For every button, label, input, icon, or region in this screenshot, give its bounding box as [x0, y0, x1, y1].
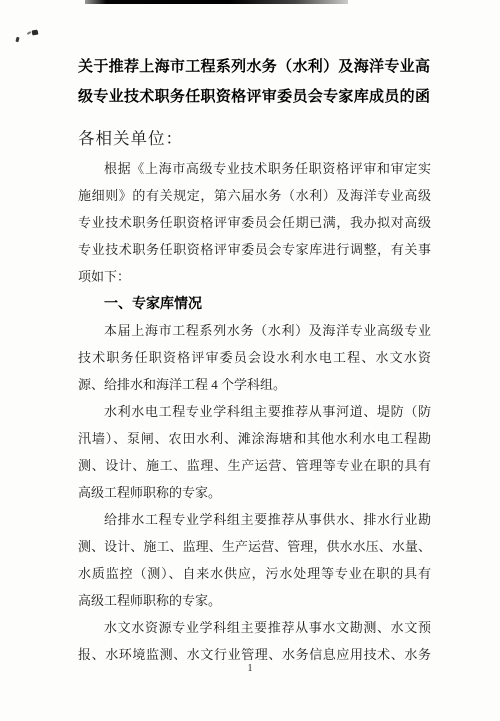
scan-artifact-speck	[32, 30, 39, 36]
body-line: 源、给排水和海洋工程 4 个学科组。	[78, 371, 431, 398]
body-line: 本届上海市工程系列水务（水利）及海洋专业高级专业	[78, 317, 431, 344]
body-line: 高级工程师职称的专家。	[78, 479, 431, 506]
scan-artifact-streak	[85, 0, 348, 4]
body-line: 专业技术职务任职资格评审委员会任期已满，我办拟对高级	[78, 209, 431, 236]
body-line: 施细则》的有关规定，第六届水务（水利）及海洋专业高级	[78, 182, 431, 209]
body-line: 专业技术职务任职资格评审委员会专家库进行调整，有关事	[78, 236, 431, 263]
scan-artifact-speck	[15, 37, 19, 43]
document-title-line: 级专业技术职务任职资格评审委员会专家库成员的函	[78, 82, 430, 112]
body-line: 项如下：	[78, 263, 431, 290]
body-line: 测、设计、施工、监理、生产运营、管理，供水水压、水量、	[78, 533, 431, 560]
salutation: 各相关单位：	[78, 128, 183, 150]
page-number: 1	[0, 662, 500, 676]
document-body: 根据《上海市高级专业技术职务任职资格评审和审定实 施细则》的有关规定，第六届水务…	[78, 155, 431, 668]
body-line: 水利水电工程专业学科组主要推荐从事河道、堤防（防	[78, 398, 431, 425]
body-line: 水质监控（测）、自来水供应，污水处理等专业在职的具有	[78, 560, 431, 587]
document-page: 关于推荐上海市工程系列水务（水利）及海洋专业高 级专业技术职务任职资格评审委员会…	[0, 0, 500, 721]
body-line: 测、设计、施工、监理、生产运营、管理等专业在职的具有	[78, 452, 431, 479]
document-title-line: 关于推荐上海市工程系列水务（水利）及海洋专业高	[78, 52, 430, 82]
body-line: 技术职务任职资格评审委员会设水利水电工程、水文水资	[78, 344, 431, 371]
section-heading: 一、专家库情况	[78, 290, 431, 317]
body-line: 水文水资源专业学科组主要推荐从事水文勘测、水文预	[78, 614, 431, 641]
document-title: 关于推荐上海市工程系列水务（水利）及海洋专业高 级专业技术职务任职资格评审委员会…	[78, 52, 430, 112]
body-line: 给排水工程专业学科组主要推荐从事供水、排水行业勘	[78, 506, 431, 533]
body-line: 汛墙）、泵闸、农田水利、滩涂海塘和其他水利水电工程勘	[78, 425, 431, 452]
body-line: 根据《上海市高级专业技术职务任职资格评审和审定实	[78, 155, 431, 182]
body-line: 高级工程师职称的专家。	[78, 587, 431, 614]
